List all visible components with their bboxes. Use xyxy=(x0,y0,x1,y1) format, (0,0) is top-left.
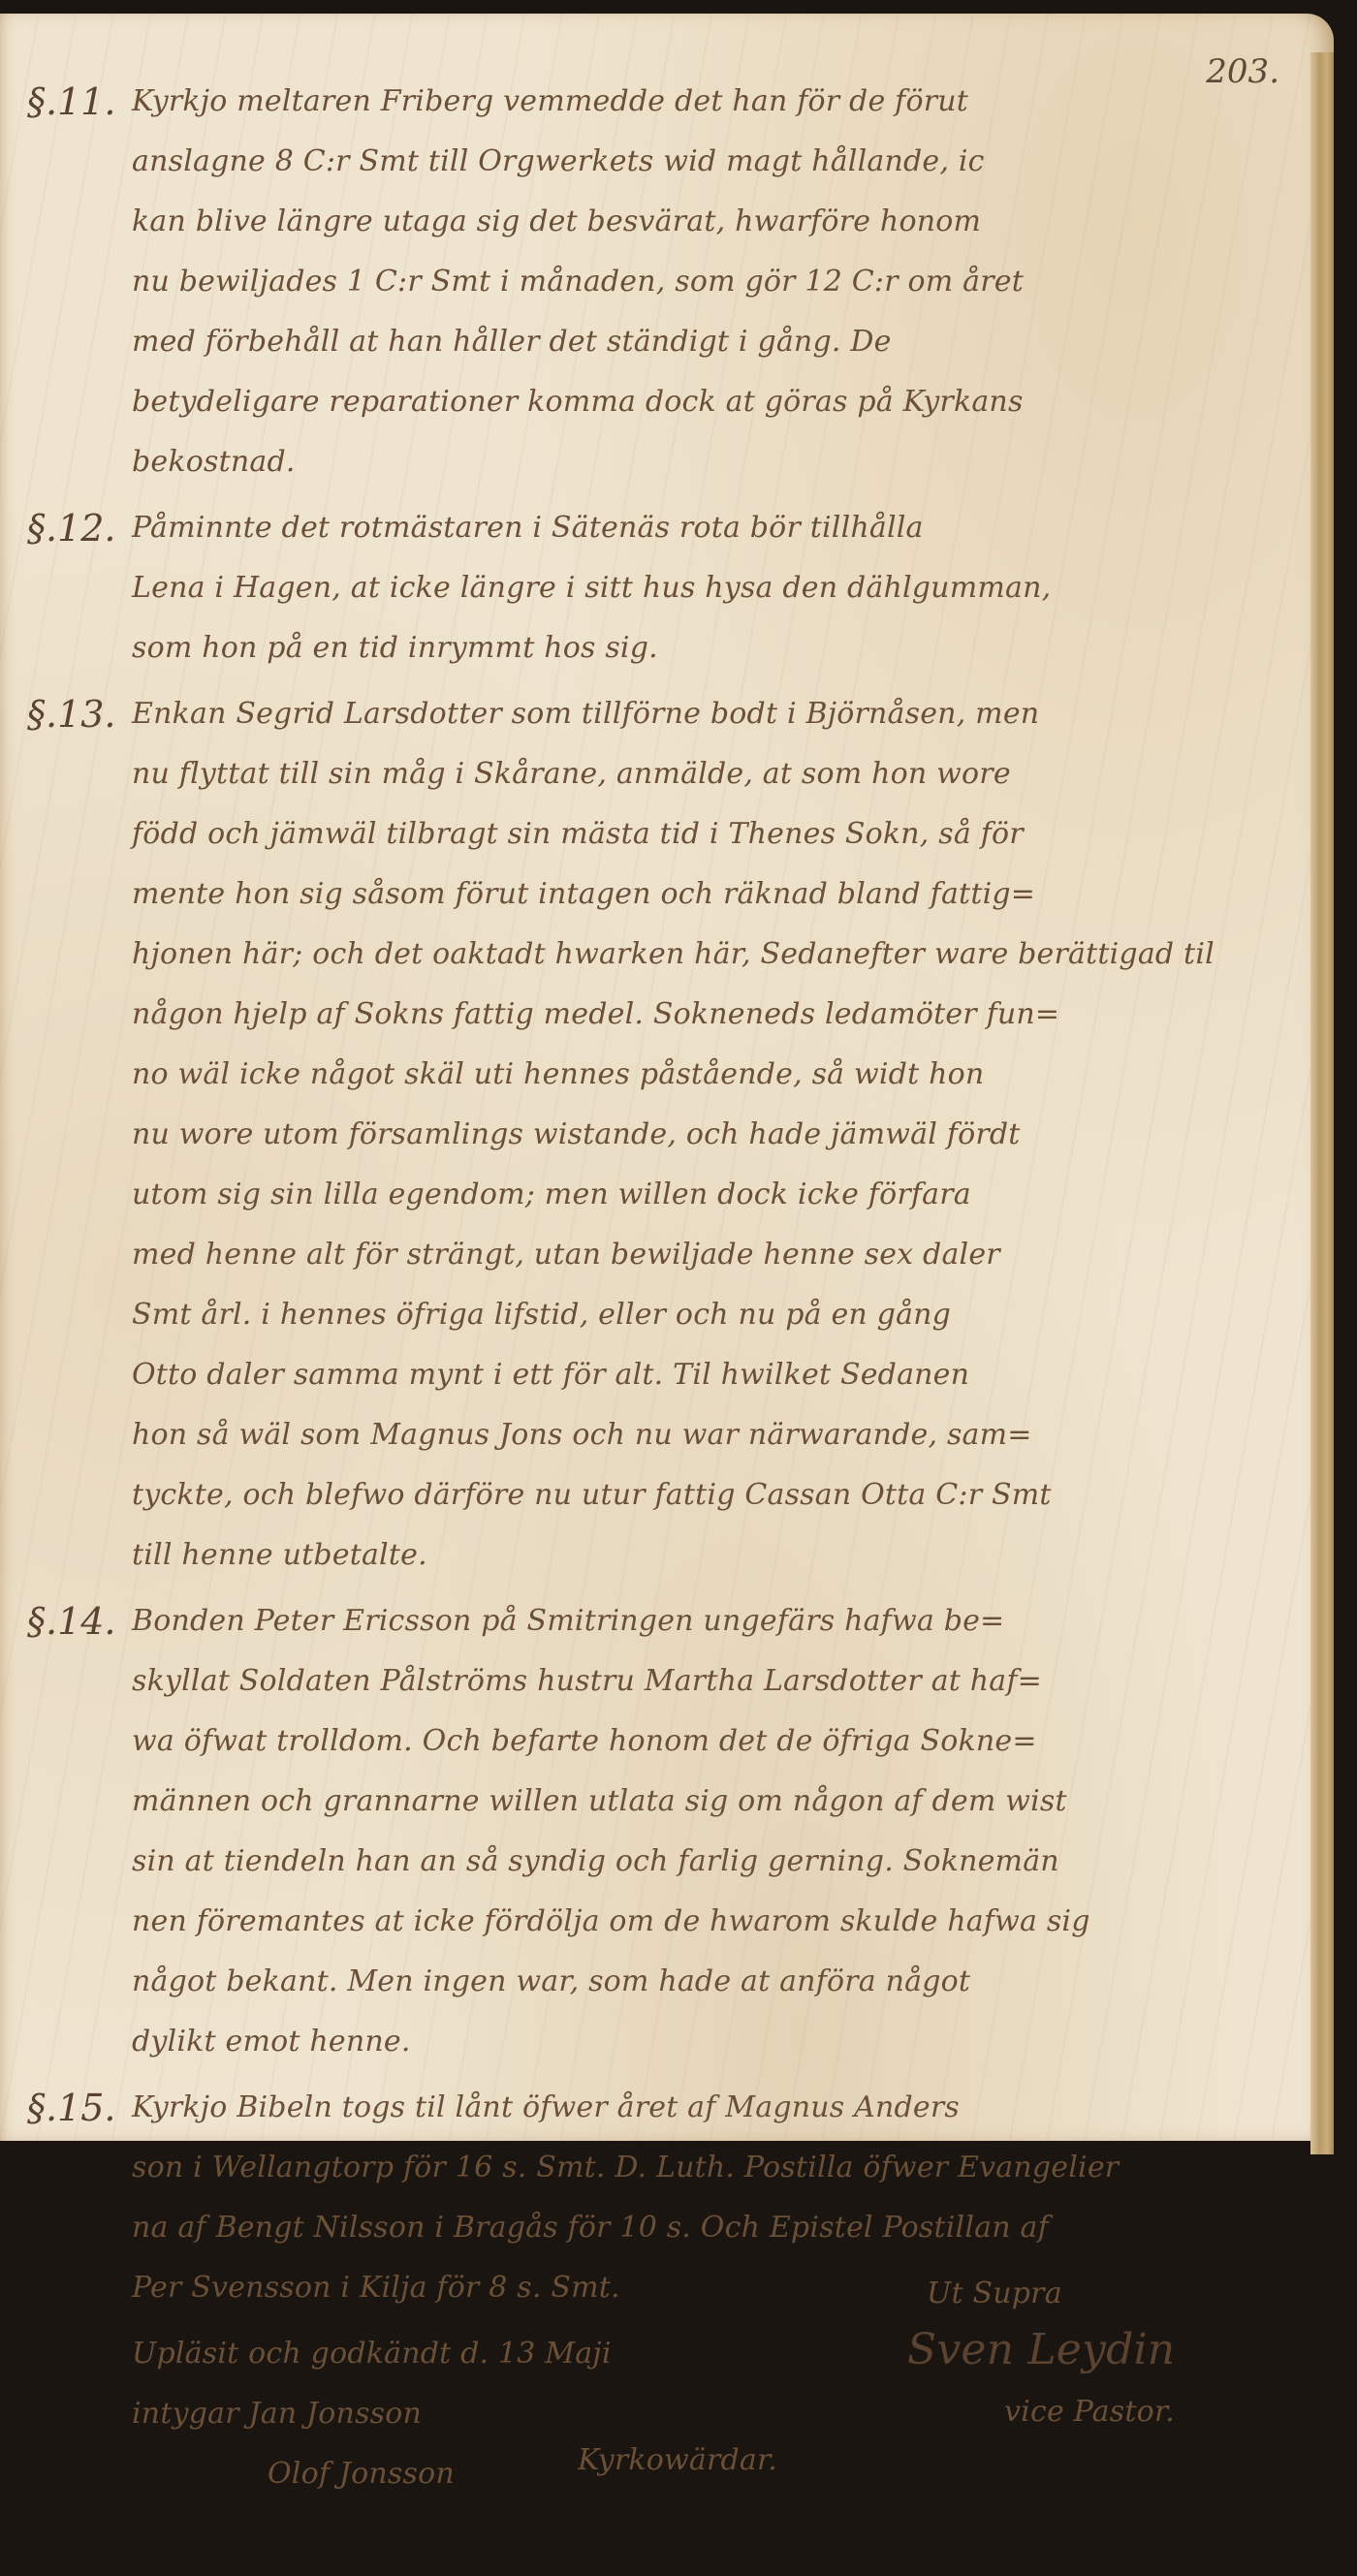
text-line: nu bewiljades 1 C:r Smt i månaden, som g… xyxy=(132,252,1307,312)
text-line: med henne alt för strängt, utan bewiljad… xyxy=(132,1225,1307,1285)
section-15: §.15. Kyrkjo Bibeln togs til lånt öfwer … xyxy=(27,2078,1307,2141)
text-line: mente hon sig såsom förut intagen och rä… xyxy=(132,864,1307,925)
text-line: Bonden Peter Ericsson på Smitringen unge… xyxy=(132,1591,1307,1651)
text-line: nu flyttat till sin måg i Skårane, anmäl… xyxy=(132,744,1307,804)
manuscript-text: §.11. Kyrkjo meltaren Friberg vemmedde d… xyxy=(27,72,1307,2141)
text-line: Lena i Hagen, at icke längre i sitt hus … xyxy=(132,558,1307,618)
page-edge xyxy=(1310,52,1334,2141)
text-line: kan blive längre utaga sig det besvärat,… xyxy=(132,192,1307,252)
section-14: §.14. Bonden Peter Ericsson på Smitringe… xyxy=(27,1591,1307,2072)
text-line: betydeligare reparationer komma dock at … xyxy=(132,372,1307,432)
text-line: som hon på en tid inrymmt hos sig. xyxy=(132,618,1307,678)
text-line: anslagne 8 C:r Smt till Orgwerkets wid m… xyxy=(132,132,1307,192)
section-body: Enkan Segrid Larsdotter som tillförne bo… xyxy=(132,684,1307,1586)
text-line: född och jämwäl tilbragt sin mästa tid i… xyxy=(132,804,1307,864)
section-11: §.11. Kyrkjo meltaren Friberg vemmedde d… xyxy=(27,72,1307,492)
section-body: Kyrkjo Bibeln togs til lånt öfwer året a… xyxy=(132,2078,1307,2141)
text-line: Otto daler samma mynt i ett för alt. Til… xyxy=(132,1345,1307,1405)
text-line: bekostnad. xyxy=(132,432,1307,492)
text-line: Påminnte det rotmästaren i Sätenäs rota … xyxy=(132,498,1307,558)
text-line: dylikt emot henne. xyxy=(132,2012,1307,2072)
section-number: §.14. xyxy=(27,1591,132,2072)
section-body: Bonden Peter Ericsson på Smitringen unge… xyxy=(132,1591,1307,2072)
text-line: någon hjelp af Sokns fattig medel. Sokne… xyxy=(132,985,1307,1045)
text-line: Kyrkjo Bibeln togs til lånt öfwer året a… xyxy=(132,2078,1307,2138)
text-line: hjonen här; och det oaktadt hwarken här,… xyxy=(132,925,1307,985)
text-line: med förbehåll at han håller det ständigt… xyxy=(132,312,1307,372)
text-line: hon så wäl som Magnus Jons och nu war nä… xyxy=(132,1405,1307,1465)
text-line: utom sig sin lilla egendom; men willen d… xyxy=(132,1165,1307,1225)
text-line: nen föremantes at icke fördölja om de hw… xyxy=(132,1892,1307,1952)
section-body: Kyrkjo meltaren Friberg vemmedde det han… xyxy=(132,72,1307,492)
text-line: sin at tiendeln han an så syndig och far… xyxy=(132,1832,1307,1892)
text-line: tyckte, och blefwo därföre nu utur fatti… xyxy=(132,1465,1307,1525)
section-body: Påminnte det rotmästaren i Sätenäs rota … xyxy=(132,498,1307,678)
section-12: §.12. Påminnte det rotmästaren i Sätenäs… xyxy=(27,498,1307,678)
text-line: männen och grannarne willen utlata sig o… xyxy=(132,1772,1307,1832)
manuscript-page: 203. §.11. Kyrkjo meltaren Friberg vemme… xyxy=(0,14,1334,2141)
section-number: §.15. xyxy=(27,2078,132,2141)
text-line: till henne utbetalte. xyxy=(132,1525,1307,1586)
text-line: nu wore utom församlings wistande, och h… xyxy=(132,1105,1307,1165)
text-line: Smt årl. i hennes öfriga lifstid, eller … xyxy=(132,1285,1307,1345)
section-number: §.11. xyxy=(27,72,132,492)
text-line: skyllat Soldaten Pålströms hustru Martha… xyxy=(132,1651,1307,1712)
text-line: Enkan Segrid Larsdotter som tillförne bo… xyxy=(132,684,1307,744)
section-13: §.13. Enkan Segrid Larsdotter som tillfö… xyxy=(27,684,1307,1586)
text-line: Kyrkjo meltaren Friberg vemmedde det han… xyxy=(132,72,1307,132)
section-number: §.12. xyxy=(27,498,132,678)
text-line: något bekant. Men ingen war, som hade at… xyxy=(132,1952,1307,2012)
text-line: wa öfwat trolldom. Och befarte honom det… xyxy=(132,1712,1307,1772)
text-line: no wäl icke något skäl uti hennes påståe… xyxy=(132,1045,1307,1105)
section-number: §.13. xyxy=(27,684,132,1586)
